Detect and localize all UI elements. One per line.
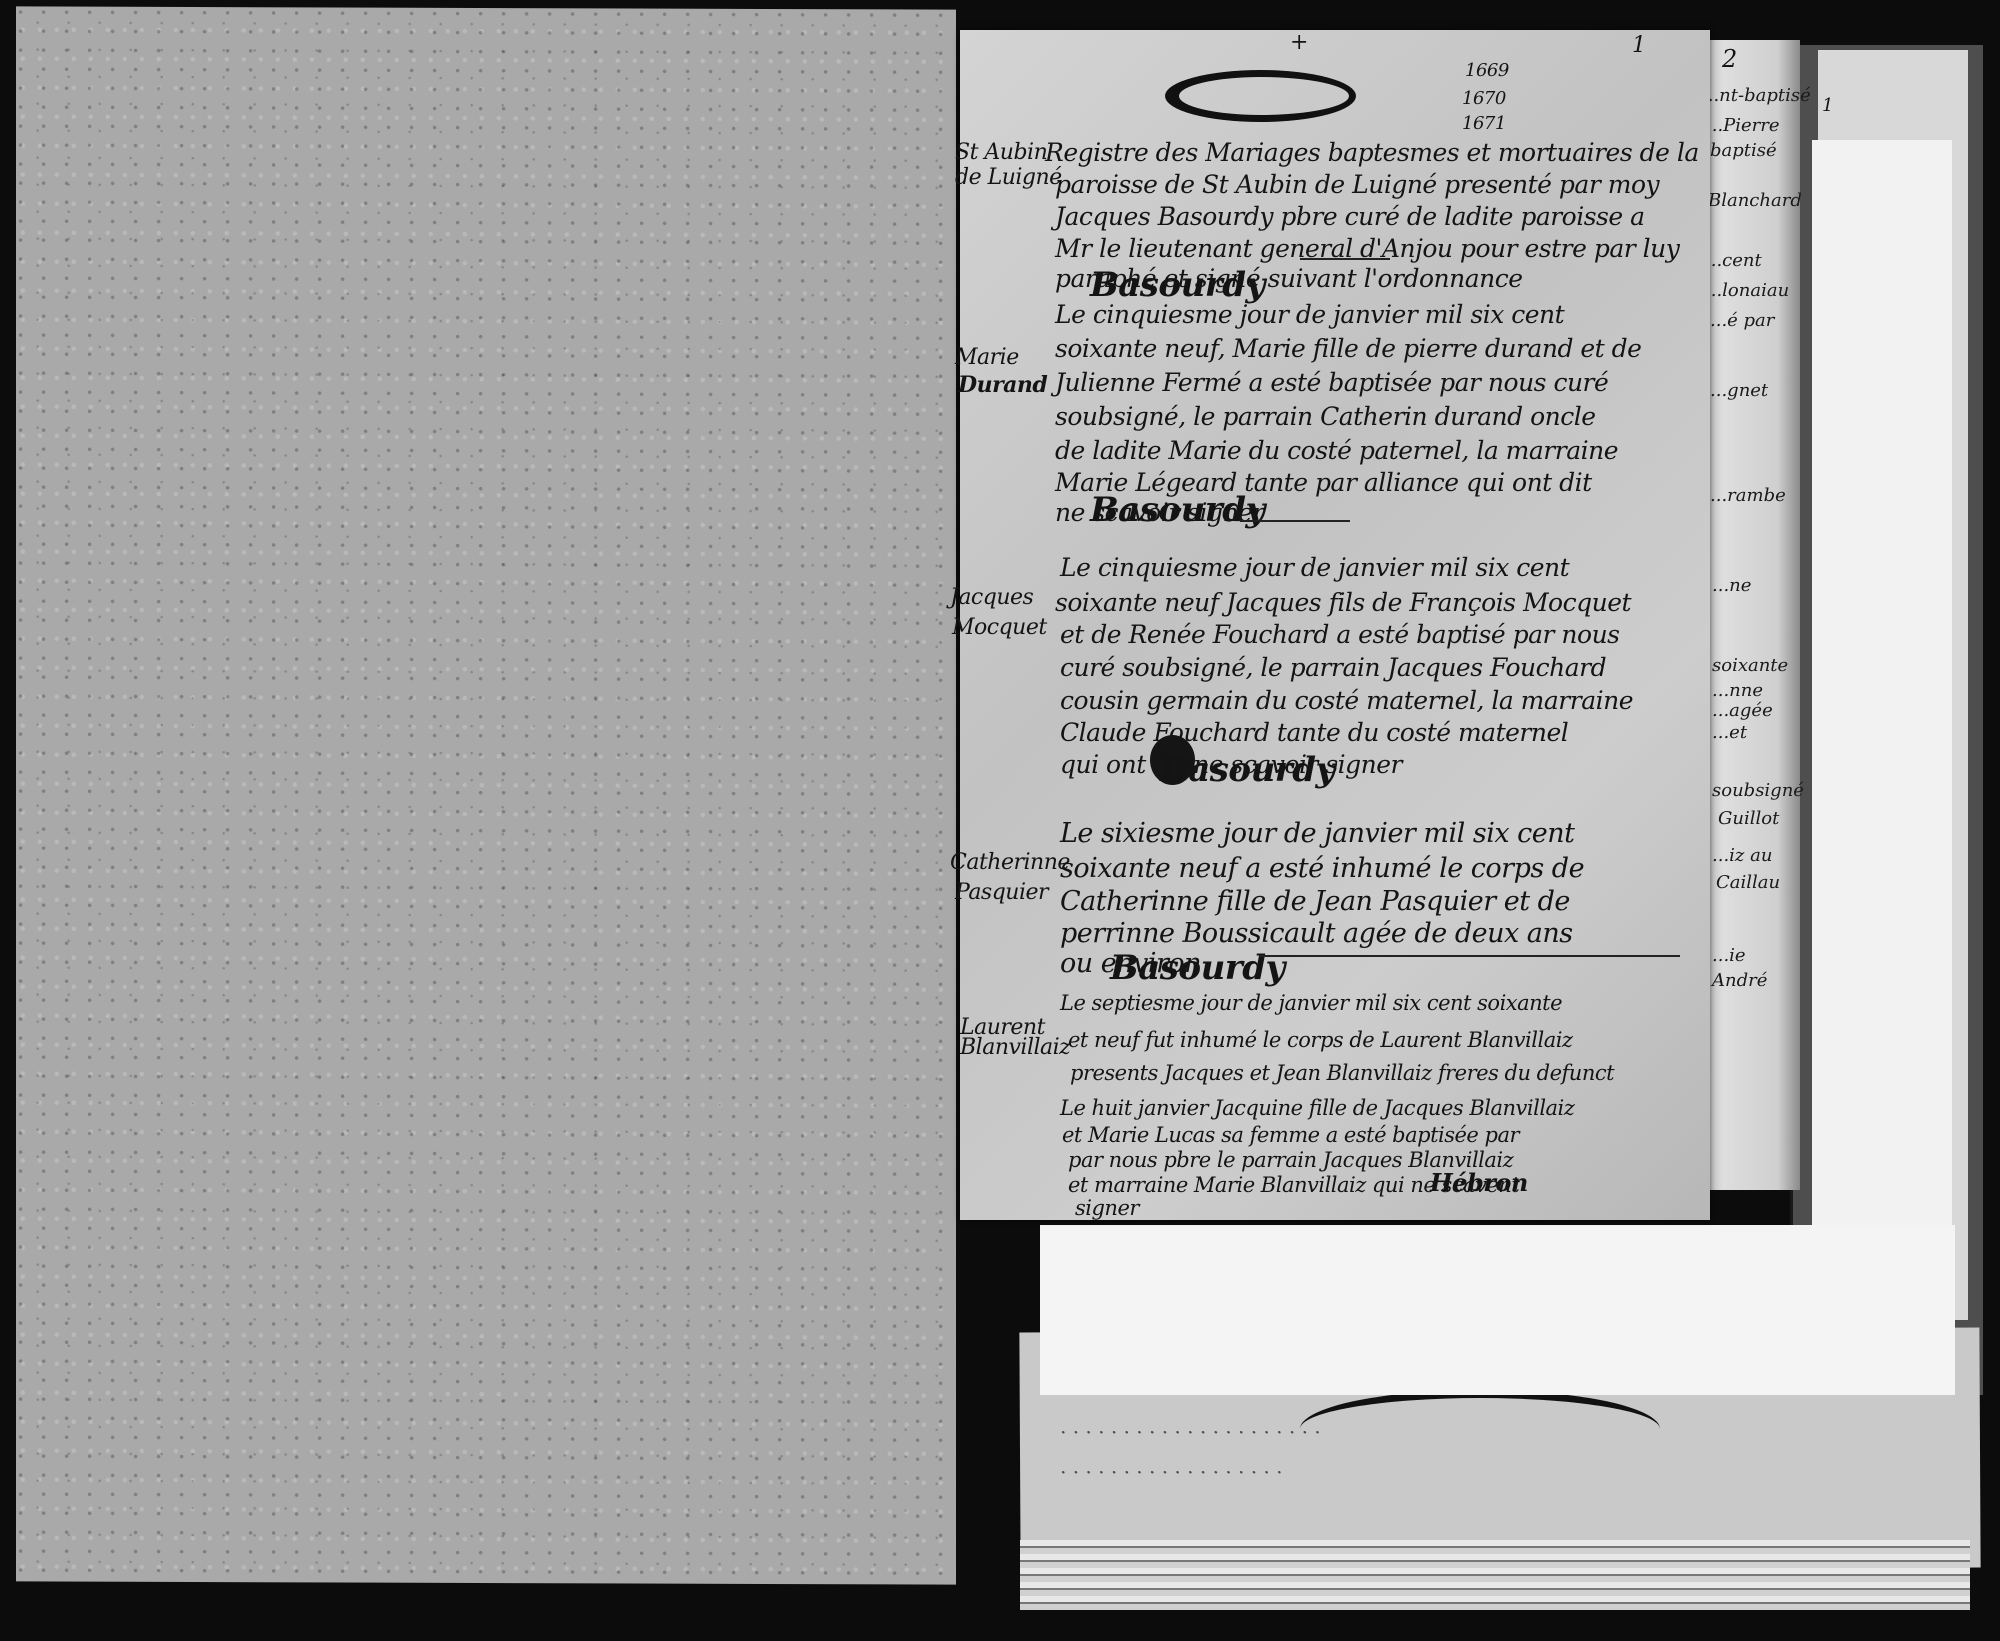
fragment: ...é par <box>1710 310 1774 331</box>
entry-line: et Marie Lucas sa femme a esté baptisée … <box>1062 1125 1519 1146</box>
entry-line: signer <box>1075 1198 1139 1219</box>
fragment: ...iz au <box>1712 845 1772 866</box>
entry-margin-name: Catherinne <box>950 850 1070 875</box>
fragment: ...nt-baptisé <box>1702 85 1811 106</box>
fragment: ...ne <box>1712 575 1751 596</box>
entry-line: presents Jacques et Jean Blanvillaiz fre… <box>1070 1063 1614 1084</box>
ink-flourish <box>1165 70 1356 122</box>
main-page-number: 1 <box>1632 33 1646 58</box>
fragment: Guillot <box>1718 808 1779 829</box>
fragment: Caillau <box>1716 872 1780 893</box>
header-line: Registre des Mariages baptesmes et mortu… <box>1045 140 1699 165</box>
fragment: ...agée <box>1712 700 1773 721</box>
line-filler <box>1300 258 1390 260</box>
entry-line: curé soubsigné, le parrain Jacques Fouch… <box>1060 655 1606 680</box>
fragment: ...gnet <box>1710 380 1768 401</box>
entry-line: cousin germain du costé maternel, la mar… <box>1060 688 1633 713</box>
fragment: ...cent <box>1705 250 1762 271</box>
entry-signature: Basourdy <box>1090 490 1265 530</box>
fragment: ...rambe <box>1710 485 1786 506</box>
fragment: baptisé <box>1710 140 1777 161</box>
header-line: Jacques Basourdy pbre curé de ladite par… <box>1055 204 1645 229</box>
fragment: André <box>1712 970 1767 991</box>
entry-margin-name: Pasquier <box>955 880 1048 905</box>
entry-line: et neuf fut inhumé le corps de Laurent B… <box>1068 1030 1573 1051</box>
fragment: ...nne <box>1712 680 1763 701</box>
fragment: ...Pierre <box>1706 115 1780 136</box>
insert-page-number: 1 <box>1822 95 1833 116</box>
fragment: ...ie <box>1712 945 1746 966</box>
entry-line: Le huit janvier Jacquine fille de Jacque… <box>1060 1098 1574 1119</box>
year-mark: 1670 <box>1462 88 1506 109</box>
entry-signature: Basourdy <box>1160 750 1335 790</box>
entry-margin-name: Marie <box>955 345 1019 370</box>
year-mark: 1669 <box>1465 60 1509 81</box>
entry-margin-name: Durand <box>958 372 1047 398</box>
bleed-through-text: · · · · · · · · · · · · · · · · · · · · … <box>1060 1420 1321 1444</box>
white-paper-insert-bottom <box>1040 1225 1955 1395</box>
entry-line: soixante neuf Jacques fils de François M… <box>1055 590 1631 615</box>
page-edges-stack <box>1020 1540 1970 1610</box>
line-filler <box>1260 955 1680 957</box>
entry-margin-name: Mocquet <box>952 615 1047 640</box>
entry-line: de ladite Marie du costé paternel, la ma… <box>1055 438 1618 463</box>
line-filler <box>1240 520 1350 522</box>
entry-line: Le cinquiesme jour de janvier mil six ce… <box>1060 555 1569 580</box>
fragment: Blanchard <box>1708 190 1802 211</box>
register-cover-board <box>16 6 956 1584</box>
year-mark: 1671 <box>1462 113 1506 134</box>
entry-line: Claude Fouchard tante du costé maternel <box>1060 720 1568 745</box>
fragment: soubsigné <box>1712 780 1804 801</box>
entry-signature: Basourdy <box>1110 948 1285 988</box>
entry-margin-name: Jacques <box>950 585 1033 610</box>
entry-line: Le cinquiesme jour de janvier mil six ce… <box>1055 302 1564 327</box>
white-paper-insert-right <box>1812 140 1952 1400</box>
header-line: paroisse de St Aubin de Luigné presenté … <box>1055 172 1659 197</box>
fragment: ...lonaiau <box>1705 280 1789 301</box>
priest-signature: Basourdy <box>1090 265 1265 305</box>
fragment: soixante <box>1712 655 1788 676</box>
fragment: ...et <box>1712 722 1747 743</box>
entry-line: soixante neuf, Marie fille de pierre dur… <box>1055 336 1641 361</box>
top-mark: + <box>1290 30 1308 55</box>
entry-line: et de Renée Fouchard a esté baptisé par … <box>1060 622 1620 647</box>
entry-line: soubsigné, le parrain Catherin durand on… <box>1055 404 1596 429</box>
entry-line: Julienne Fermé a esté baptisée par nous … <box>1055 370 1608 395</box>
entry-line: Catherinne fille de Jean Pasquier et de <box>1060 888 1570 915</box>
right-page-number: 2 <box>1722 45 1737 73</box>
bleed-through-text: · · · · · · · · · · · · · · · · · · <box>1060 1460 1283 1484</box>
entry-line: Le sixiesme jour de janvier mil six cent <box>1060 820 1575 847</box>
entry-margin-name: Blanvillaiz <box>960 1035 1070 1060</box>
entry-signature: Hébron <box>1430 1168 1528 1197</box>
entry-line: perrinne Boussicault agée de deux ans <box>1060 920 1573 947</box>
entry-line: soixante neuf a esté inhumé le corps de <box>1060 855 1584 882</box>
entry-line: Le septiesme jour de janvier mil six cen… <box>1060 993 1562 1014</box>
ink-flourish-stroke <box>1300 1390 1660 1468</box>
